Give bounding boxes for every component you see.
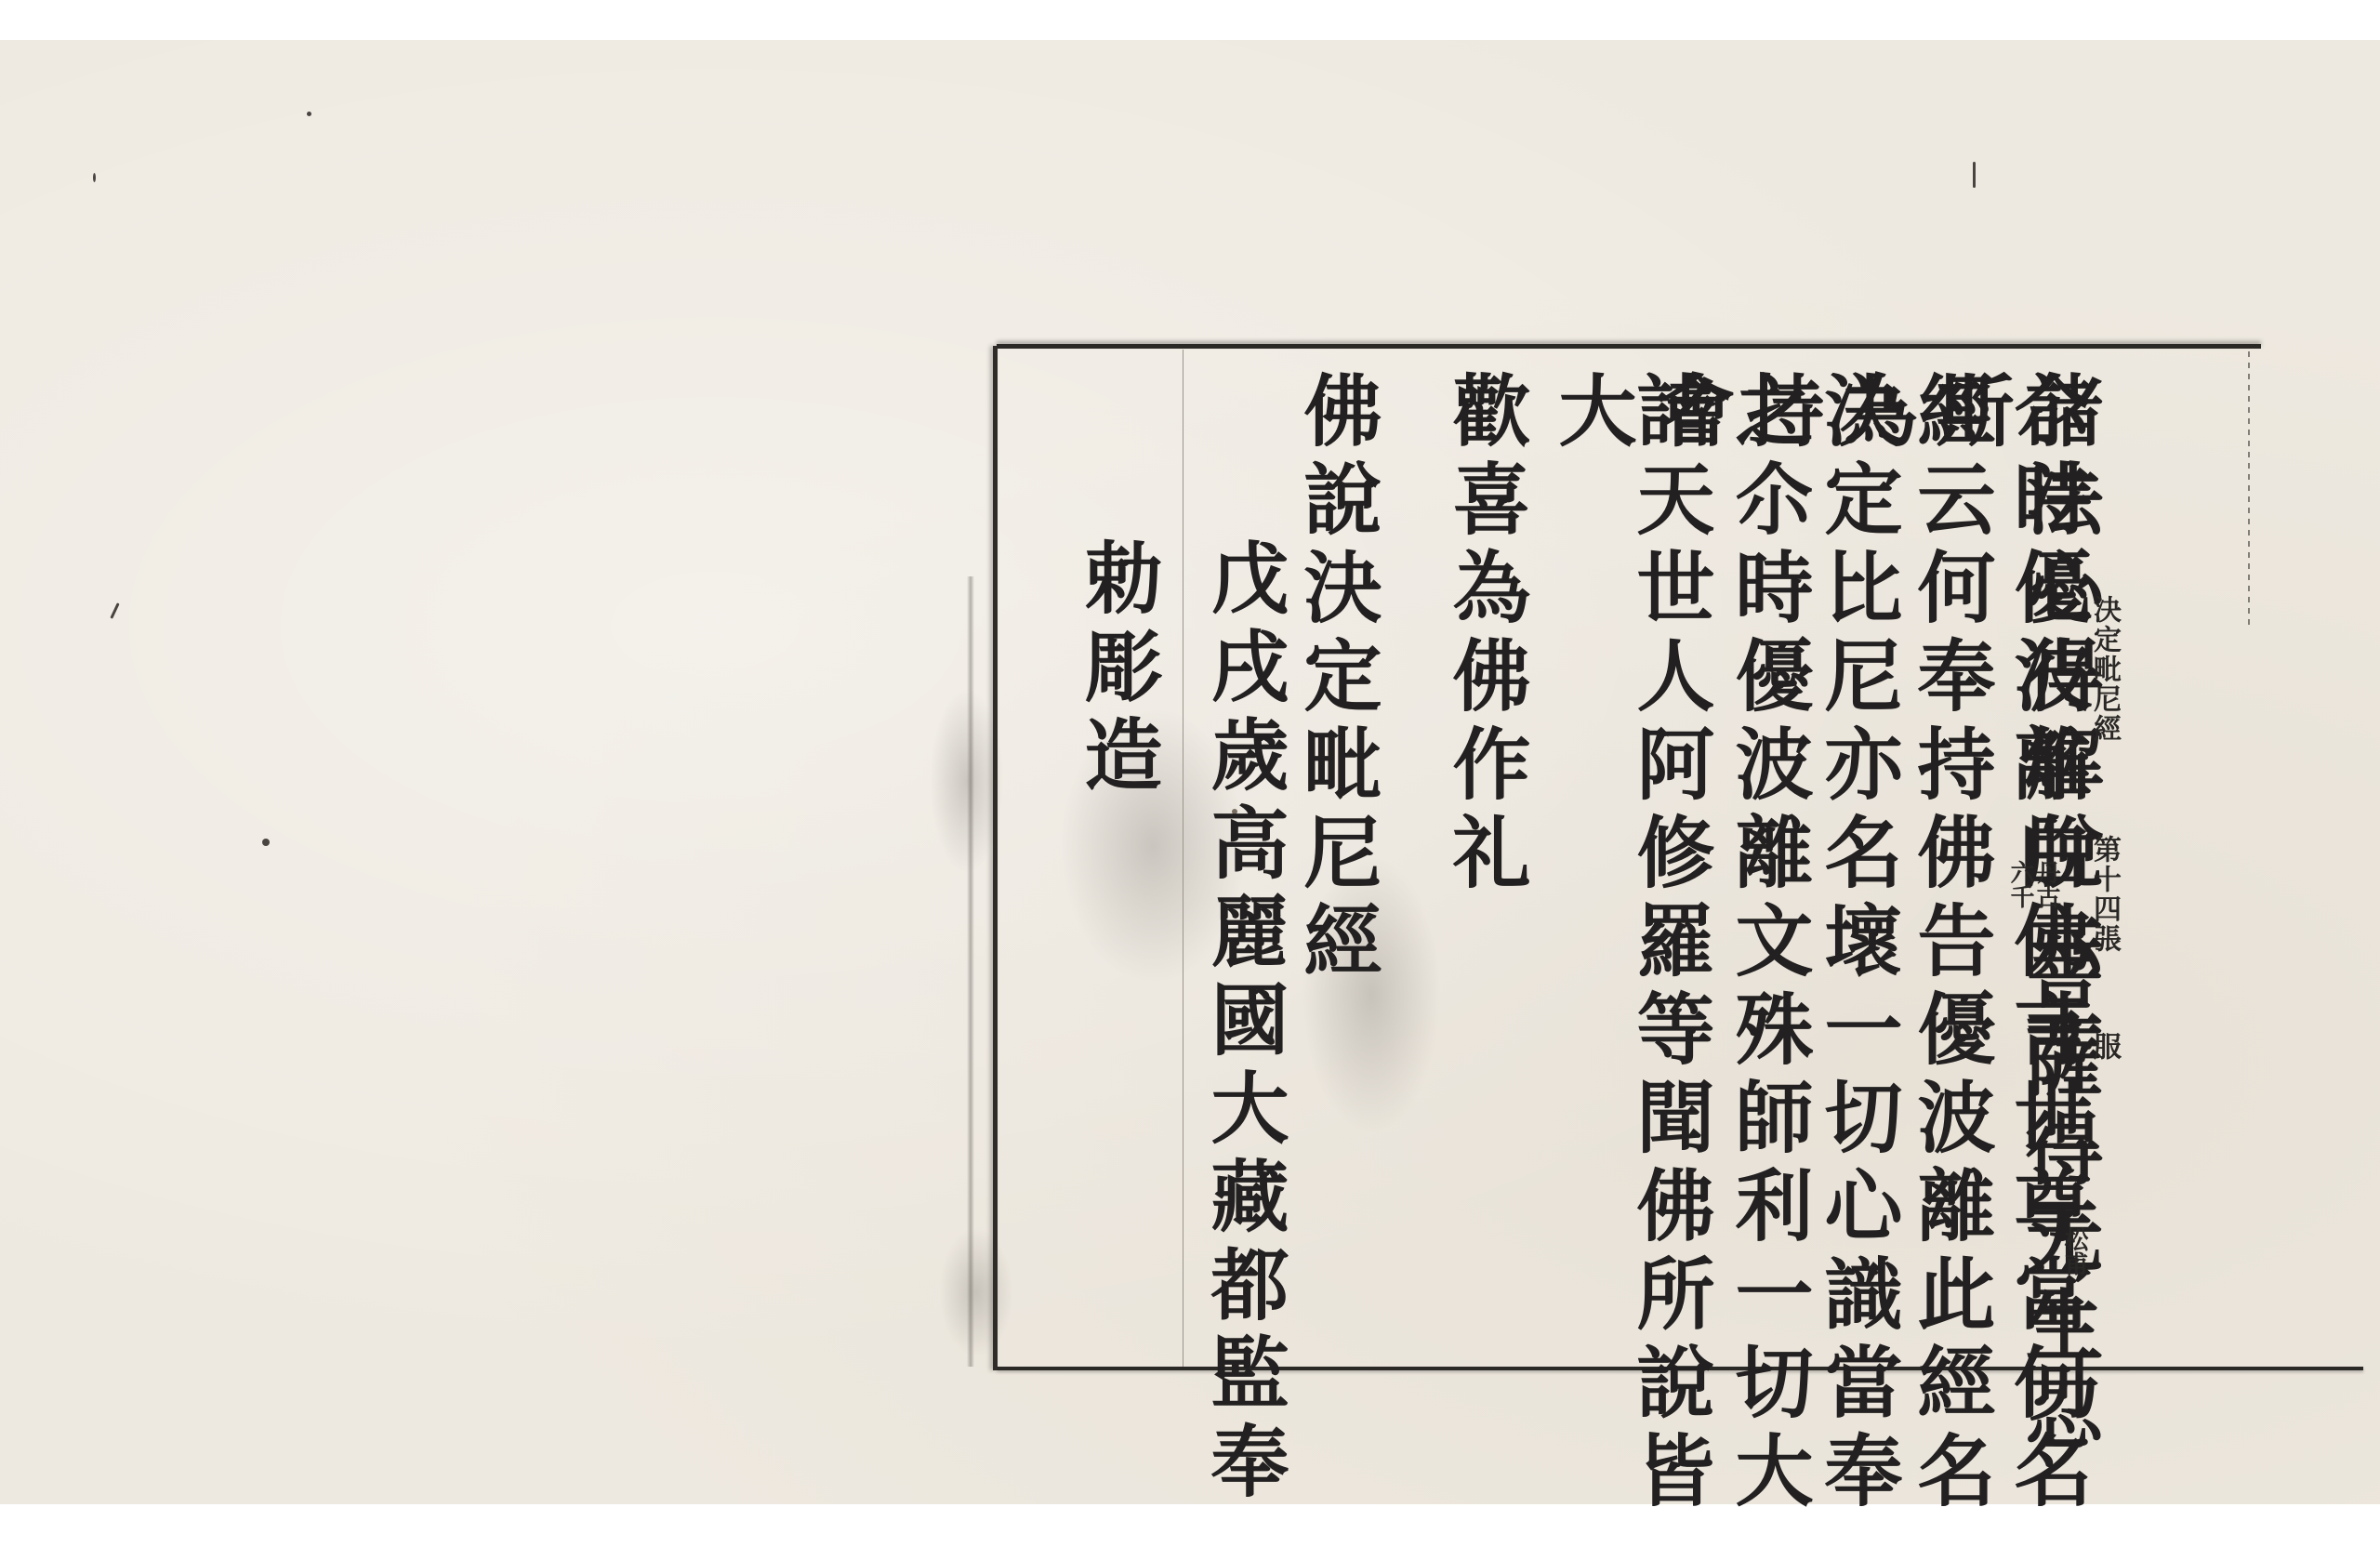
- ink-speck: [93, 173, 96, 182]
- faint-border-shadow: [967, 576, 974, 1367]
- text-column-7: 諸天世人阿修羅等聞佛所說皆大: [1553, 370, 1709, 1547]
- ink-speck: [1973, 162, 1976, 188]
- frame-border-top: [997, 344, 2261, 349]
- frame-border-left: [993, 346, 998, 1370]
- text-column-8: 歡喜為佛作礼: [1447, 370, 1525, 900]
- ink-speck: [262, 839, 270, 846]
- margin-case-mark: 服: [2090, 1032, 2118, 1062]
- ink-speck: [307, 112, 311, 116]
- margin-carver-name: 松甫: [2062, 1227, 2086, 1276]
- margin-sutra-title: 決定毗尼經: [2090, 595, 2118, 744]
- column-divider-line: [1183, 350, 1183, 1367]
- ink-smudge: [939, 1227, 1013, 1357]
- margin-volume-ref-lower: 六千: [2008, 860, 2032, 908]
- colophon-column: 戊戌歲高麗國大藏都監奉: [1205, 537, 1283, 1509]
- sutra-title-column: 佛說決定毗尼經: [1298, 370, 1376, 988]
- frame-border-right: [2248, 351, 2250, 630]
- margin-volume-ref-upper: 丹古: [2034, 860, 2058, 908]
- margin-page-number: 第十四張: [2090, 835, 2118, 954]
- colophon-imperial-column: 勅彫造: [1078, 537, 1157, 802]
